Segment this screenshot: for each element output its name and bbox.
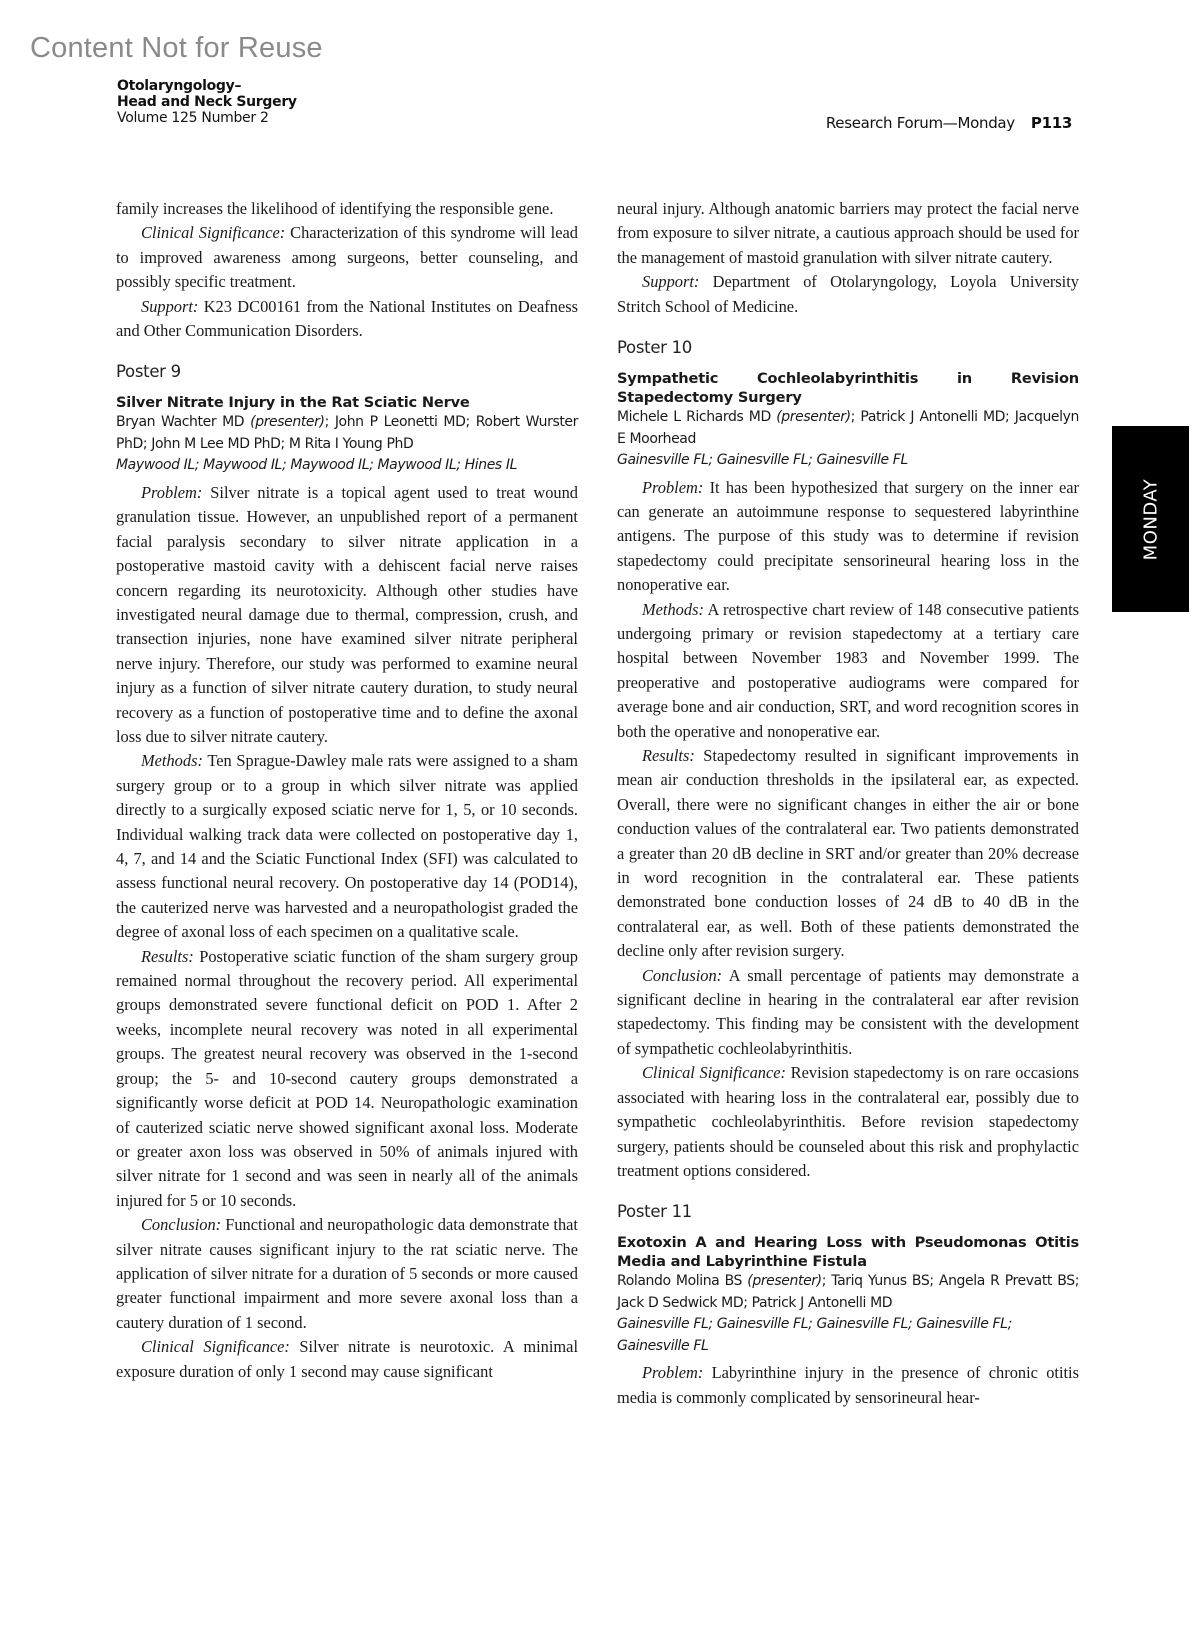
poster-11-affiliations: Gainesville FL; Gainesville FL; Gainesvi… bbox=[617, 1314, 1079, 1357]
poster-11-label: Poster 11 bbox=[617, 1202, 1079, 1222]
section-text: A retrospective chart review of 148 cons… bbox=[617, 600, 1079, 741]
poster-11-title: Exotoxin A and Hearing Loss with Pseudom… bbox=[617, 1233, 1079, 1271]
section-label: Results: bbox=[642, 746, 695, 765]
conclusion-paragraph: Conclusion: A small percentage of patien… bbox=[617, 964, 1079, 1062]
problem-paragraph: Problem: Labyrinthine injury in the pres… bbox=[617, 1361, 1079, 1410]
support-paragraph: Support: Department of Otolaryngology, L… bbox=[617, 270, 1079, 319]
section-text: Stapedectomy resulted in significant imp… bbox=[617, 746, 1079, 960]
right-column: neural injury. Although anatomic barrier… bbox=[617, 197, 1079, 1410]
journal-title-line2: Head and Neck Surgery bbox=[117, 94, 297, 110]
section-label: Clinical Significance: bbox=[141, 1337, 290, 1356]
presenter-marker: (presenter) bbox=[747, 1273, 821, 1289]
poster-9-authors: Bryan Wachter MD (presenter); John P Leo… bbox=[116, 412, 578, 455]
section-label: Clinical Significance: bbox=[642, 1063, 786, 1082]
conclusion-paragraph: Conclusion: Functional and neuropatholog… bbox=[116, 1213, 578, 1335]
methods-paragraph: Methods: A retrospective chart review of… bbox=[617, 598, 1079, 744]
continuation-paragraph: neural injury. Although anatomic barrier… bbox=[617, 197, 1079, 270]
section-text: Postoperative sciatic function of the sh… bbox=[116, 947, 578, 1210]
presenter-marker: (presenter) bbox=[776, 409, 850, 425]
running-head-title: Research Forum—Monday bbox=[826, 114, 1015, 132]
section-label: Methods: bbox=[642, 600, 704, 619]
poster-10-authors: Michele L Richards MD (presenter); Patri… bbox=[617, 407, 1079, 450]
poster-9-title: Silver Nitrate Injury in the Rat Sciatic… bbox=[116, 393, 578, 412]
section-label: Results: bbox=[141, 947, 194, 966]
problem-paragraph: Problem: Silver nitrate is a topical age… bbox=[116, 481, 578, 749]
journal-header: Otolaryngology– Head and Neck Surgery Vo… bbox=[117, 78, 297, 126]
section-label: Problem: bbox=[642, 1363, 703, 1382]
poster-10-label: Poster 10 bbox=[617, 338, 1079, 358]
continuation-paragraph: family increases the likelihood of ident… bbox=[116, 197, 578, 221]
section-label: Problem: bbox=[642, 478, 703, 497]
watermark: Content Not for Reuse bbox=[30, 32, 323, 65]
presenter-marker: (presenter) bbox=[250, 414, 324, 430]
section-tab-label: MONDAY bbox=[1140, 478, 1161, 560]
section-label: Support: bbox=[642, 272, 699, 291]
author-text: Rolando Molina BS bbox=[617, 1273, 747, 1289]
section-tab: MONDAY bbox=[1112, 426, 1189, 612]
methods-paragraph: Methods: Ten Sprague-Dawley male rats we… bbox=[116, 749, 578, 944]
section-label: Problem: bbox=[141, 483, 202, 502]
author-text: Bryan Wachter MD bbox=[116, 414, 250, 430]
clinical-significance-paragraph: Clinical Significance: Characterization … bbox=[116, 221, 578, 294]
journal-title-line1: Otolaryngology– bbox=[117, 78, 297, 94]
journal-volume: Volume 125 Number 2 bbox=[117, 110, 297, 126]
poster-9-label: Poster 9 bbox=[116, 362, 578, 382]
author-text: Michele L Richards MD bbox=[617, 409, 776, 425]
clinical-significance-paragraph: Clinical Significance: Revision stapedec… bbox=[617, 1061, 1079, 1183]
support-paragraph: Support: K23 DC00161 from the National I… bbox=[116, 295, 578, 344]
section-text: Ten Sprague-Dawley male rats were assign… bbox=[116, 751, 578, 941]
section-label: Methods: bbox=[141, 751, 203, 770]
section-text: Silver nitrate is a topical agent used t… bbox=[116, 483, 578, 746]
poster-9-affiliations: Maywood IL; Maywood IL; Maywood IL; Mayw… bbox=[116, 455, 578, 477]
results-paragraph: Results: Stapedectomy resulted in signif… bbox=[617, 744, 1079, 964]
section-label: Support: bbox=[141, 297, 198, 316]
running-head: Research Forum—MondayP113 bbox=[826, 114, 1072, 132]
left-column: family increases the likelihood of ident… bbox=[116, 197, 578, 1384]
poster-10-title: Sympathetic Cochleolabyrinthitis in Revi… bbox=[617, 369, 1079, 407]
poster-11-authors: Rolando Molina BS (presenter); Tariq Yun… bbox=[617, 1271, 1079, 1314]
page-number: P113 bbox=[1031, 114, 1072, 132]
poster-10-affiliations: Gainesville FL; Gainesville FL; Gainesvi… bbox=[617, 450, 1079, 472]
clinical-significance-paragraph: Clinical Significance: Silver nitrate is… bbox=[116, 1335, 578, 1384]
section-label: Conclusion: bbox=[141, 1215, 221, 1234]
section-label: Conclusion: bbox=[642, 966, 722, 985]
problem-paragraph: Problem: It has been hypothesized that s… bbox=[617, 476, 1079, 598]
results-paragraph: Results: Postoperative sciatic function … bbox=[116, 945, 578, 1213]
section-label: Clinical Significance: bbox=[141, 223, 285, 242]
